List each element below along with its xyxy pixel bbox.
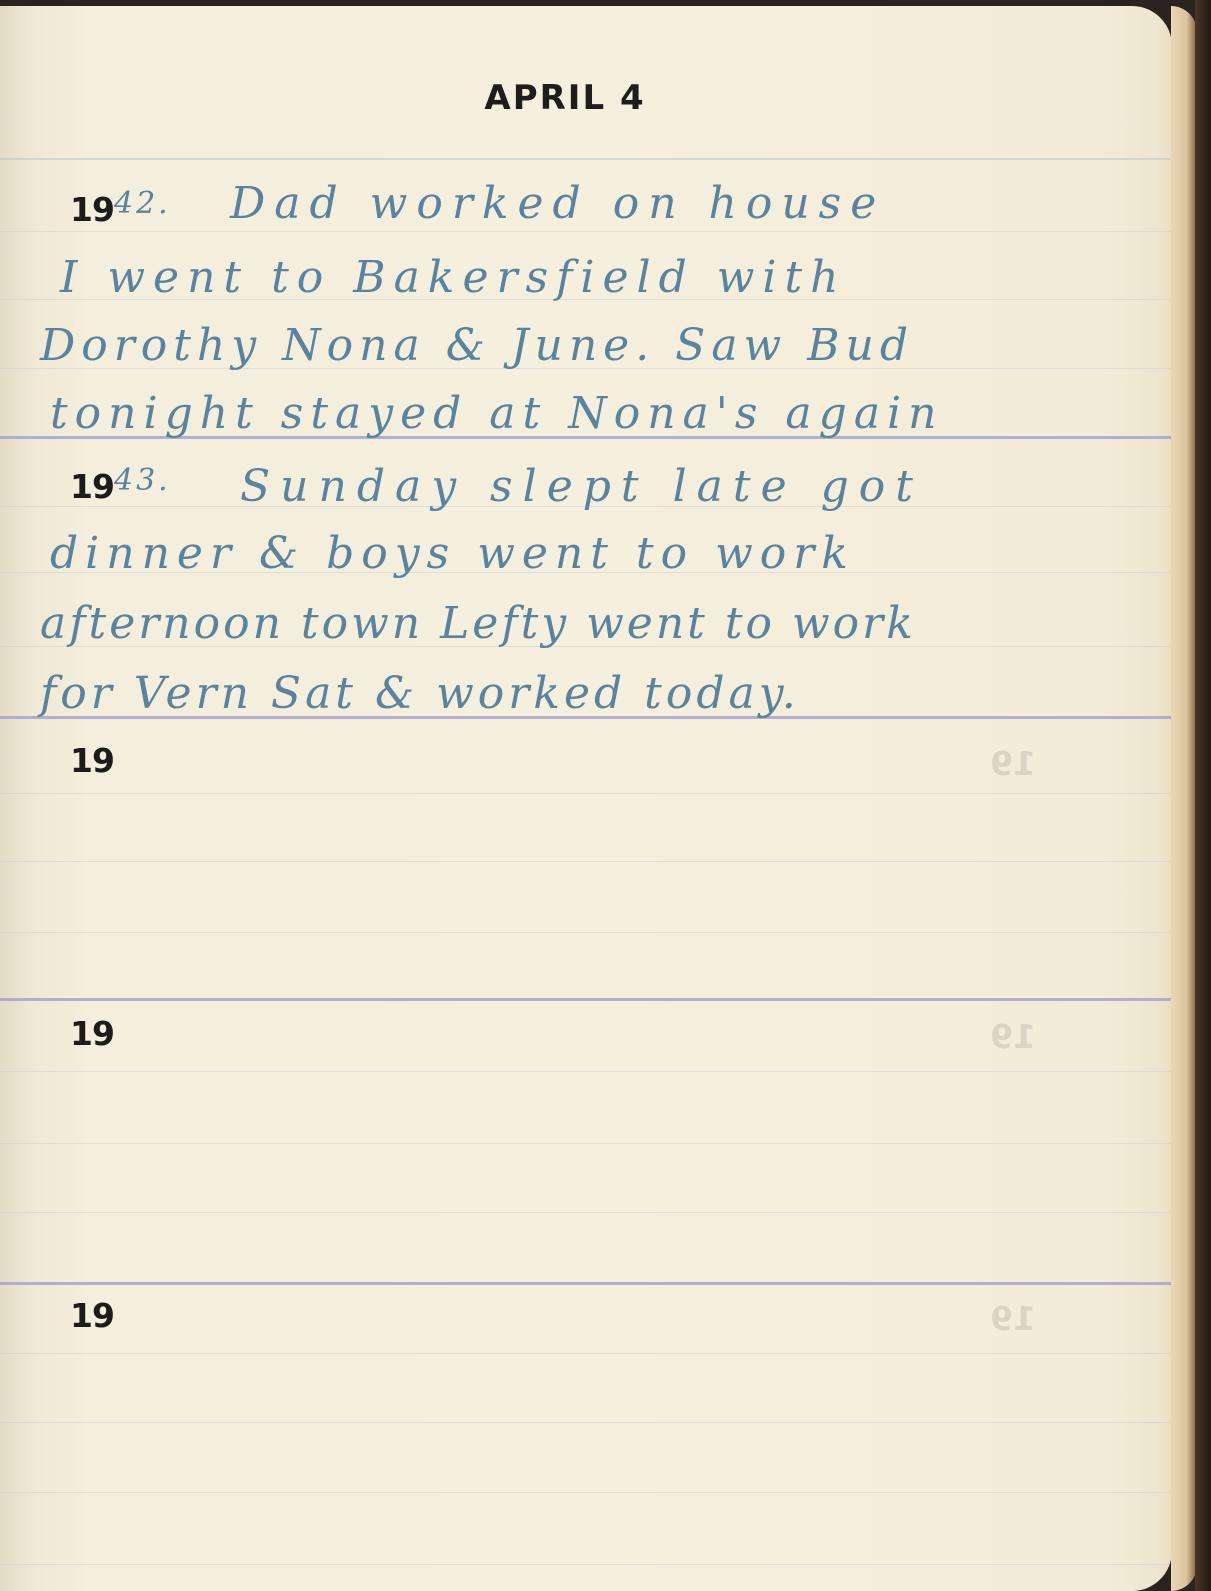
handwritten-line: dinner & boys went to work: [50, 528, 855, 579]
year-label: 19: [70, 1014, 114, 1053]
rule-line: [0, 1492, 1172, 1493]
page-title: APRIL 4: [0, 78, 1130, 118]
rule-line: [0, 1143, 1172, 1144]
year-label: 19: [70, 190, 114, 229]
rule-line: [0, 1353, 1172, 1354]
handwritten-line: afternoon town Lefty went to work: [40, 598, 916, 649]
rule-line: [0, 231, 1172, 232]
handwritten-year: 42.: [114, 186, 171, 221]
bleed-through-year: 19: [990, 744, 1036, 783]
handwritten-line: Dad worked on house: [230, 178, 885, 229]
year-label: 19: [70, 1296, 114, 1335]
rule-line: [0, 1422, 1172, 1423]
bleed-through-year: 19: [990, 1017, 1036, 1056]
rule-line: [0, 932, 1172, 933]
handwritten-line: for Vern Sat & worked today.: [40, 668, 800, 719]
rule-line: [0, 1071, 1172, 1072]
year-label: 19: [70, 467, 114, 506]
section-divider: [0, 1282, 1172, 1285]
section-divider: [0, 998, 1172, 1001]
book-cover-edge: [1195, 0, 1211, 1591]
rule-line: [0, 1564, 1172, 1565]
page-stack-edge: [1171, 6, 1197, 1591]
handwritten-line: tonight stayed at Nona's again: [50, 388, 943, 439]
handwritten-line: Dorothy Nona & June. Saw Bud: [40, 320, 914, 371]
bleed-through-year: 19: [990, 1299, 1036, 1338]
rule-line: [0, 158, 1172, 160]
rule-line: [0, 1212, 1172, 1213]
rule-line: [0, 861, 1172, 862]
rule-line: [0, 793, 1172, 794]
diary-page: APRIL 4 19 42. Dad worked on house I wen…: [0, 6, 1172, 1591]
handwritten-year: 43.: [114, 463, 171, 498]
handwritten-line: I went to Bakersfield with: [60, 252, 847, 303]
year-label: 19: [70, 741, 114, 780]
handwritten-line: Sunday slept late got: [240, 461, 923, 512]
